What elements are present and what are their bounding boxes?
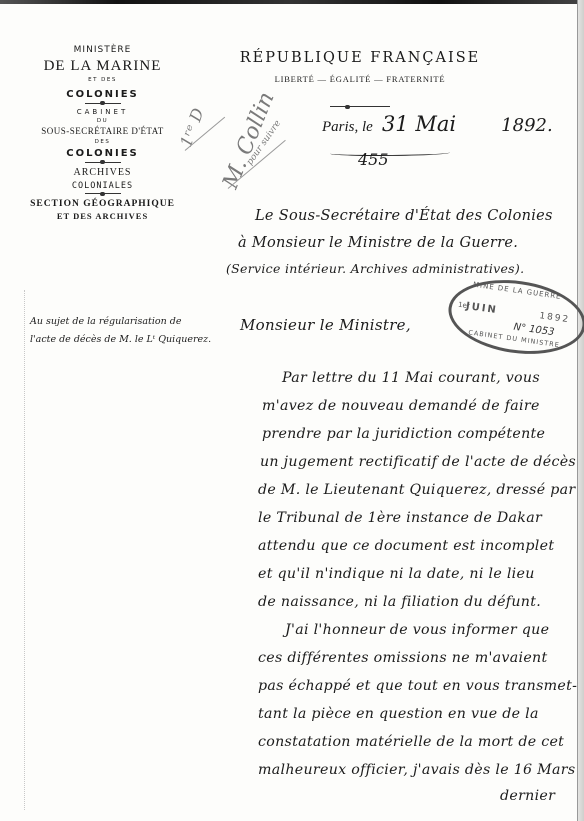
- body-line: de M. le Lieutenant Quiquerez, dressé pa…: [258, 482, 575, 498]
- ornament-divider: [85, 162, 121, 163]
- stamp-top-text: MINE DE LA GUERRE: [473, 281, 562, 301]
- stamp-month: JUIN: [465, 301, 498, 316]
- service-line: (Service intérieur. Archives administrat…: [226, 261, 524, 276]
- recipient-line: à Monsieur le Ministre de la Guerre.: [238, 235, 518, 251]
- body-line: le Tribunal de 1ère instance de Dakar: [258, 510, 542, 526]
- body-line: pas échappé et que tout en vous transmet…: [258, 678, 577, 694]
- dateline: Paris, le 31 Mai 1892.: [322, 112, 553, 136]
- sender-line: Le Sous-Secrétaire d'État des Colonies: [255, 208, 553, 224]
- letterhead-line: ET DES ARCHIVES: [20, 212, 185, 221]
- letterhead-line: COLONIALES: [20, 182, 185, 191]
- letterhead-ministry: MINISTÈRE DE LA MARINE ET DES COLONIES C…: [20, 46, 185, 222]
- ornament-divider: [85, 103, 121, 104]
- letterhead-line: SECTION GÉOGRAPHIQUE: [20, 200, 185, 210]
- body-line: de naissance, ni la filiation du défunt.: [258, 594, 541, 610]
- body-line: Par lettre du 11 Mai courant, vous: [282, 370, 540, 386]
- body-line: ces différentes omissions ne m'avaient: [258, 650, 547, 666]
- body-line: malheureux officier, j'avais dès le 16 M…: [258, 762, 575, 778]
- margin-rule: [24, 290, 25, 810]
- body-line: attendu que ce document est incomplet: [258, 538, 554, 554]
- salutation: Monsieur le Ministre,: [240, 316, 411, 334]
- ornament-divider: [330, 106, 390, 107]
- letterhead-line: COLONIES: [20, 90, 185, 100]
- reference-number: 455: [358, 150, 389, 169]
- letterhead-line: MINISTÈRE: [20, 46, 185, 55]
- body-line: J'ai l'honneur de vous informer que: [285, 622, 549, 638]
- reception-stamp: MINE DE LA GUERRE 1er JUIN 1892 N° 1053 …: [444, 272, 584, 363]
- letterhead-line: DU: [20, 119, 185, 125]
- body-line: et qu'il n'indique ni la date, ni le lie…: [258, 566, 535, 582]
- body-line: prendre par la juridiction compétente: [262, 426, 545, 442]
- date-underline: [330, 150, 450, 156]
- body-line: tant la pièce en question en vue de la: [258, 706, 539, 722]
- letterhead-line: CABINET: [20, 109, 185, 116]
- stamp-year: 1892: [539, 311, 571, 325]
- body-line: constatation matérielle de la mort de ce…: [258, 734, 564, 750]
- republic-title: RÉPUBLIQUE FRANÇAISE: [215, 50, 505, 66]
- letterhead-line: DE LA MARINE: [20, 59, 185, 74]
- margin-note-line: l'acte de décès de M. le Lᵗ Quiquerez.: [30, 334, 211, 345]
- date-prefix: Paris, le: [322, 119, 373, 135]
- letterhead-line: COLONIES: [20, 149, 185, 159]
- date-year: 1892.: [501, 115, 553, 136]
- letterhead-line: SOUS-SECRÉTAIRE D'ÉTAT: [20, 127, 185, 136]
- ornament-divider: [85, 193, 121, 194]
- letterhead-line: ET DES: [20, 78, 185, 84]
- body-line: dernier: [500, 788, 555, 804]
- body-line: m'avez de nouveau demandé de faire: [262, 398, 540, 414]
- letterhead-line: DES: [20, 140, 185, 146]
- republic-motto: LIBERTÉ — ÉGALITÉ — FRATERNITÉ: [215, 74, 505, 84]
- scan-top-edge: [0, 0, 584, 4]
- margin-note-line: Au sujet de la régularisation de: [30, 316, 181, 327]
- date-day-month: 31 Mai: [382, 112, 456, 136]
- body-line: un jugement rectificatif de l'acte de dé…: [260, 454, 576, 470]
- letterhead-line: ARCHIVES: [20, 168, 185, 178]
- scan-right-edge: [577, 0, 584, 821]
